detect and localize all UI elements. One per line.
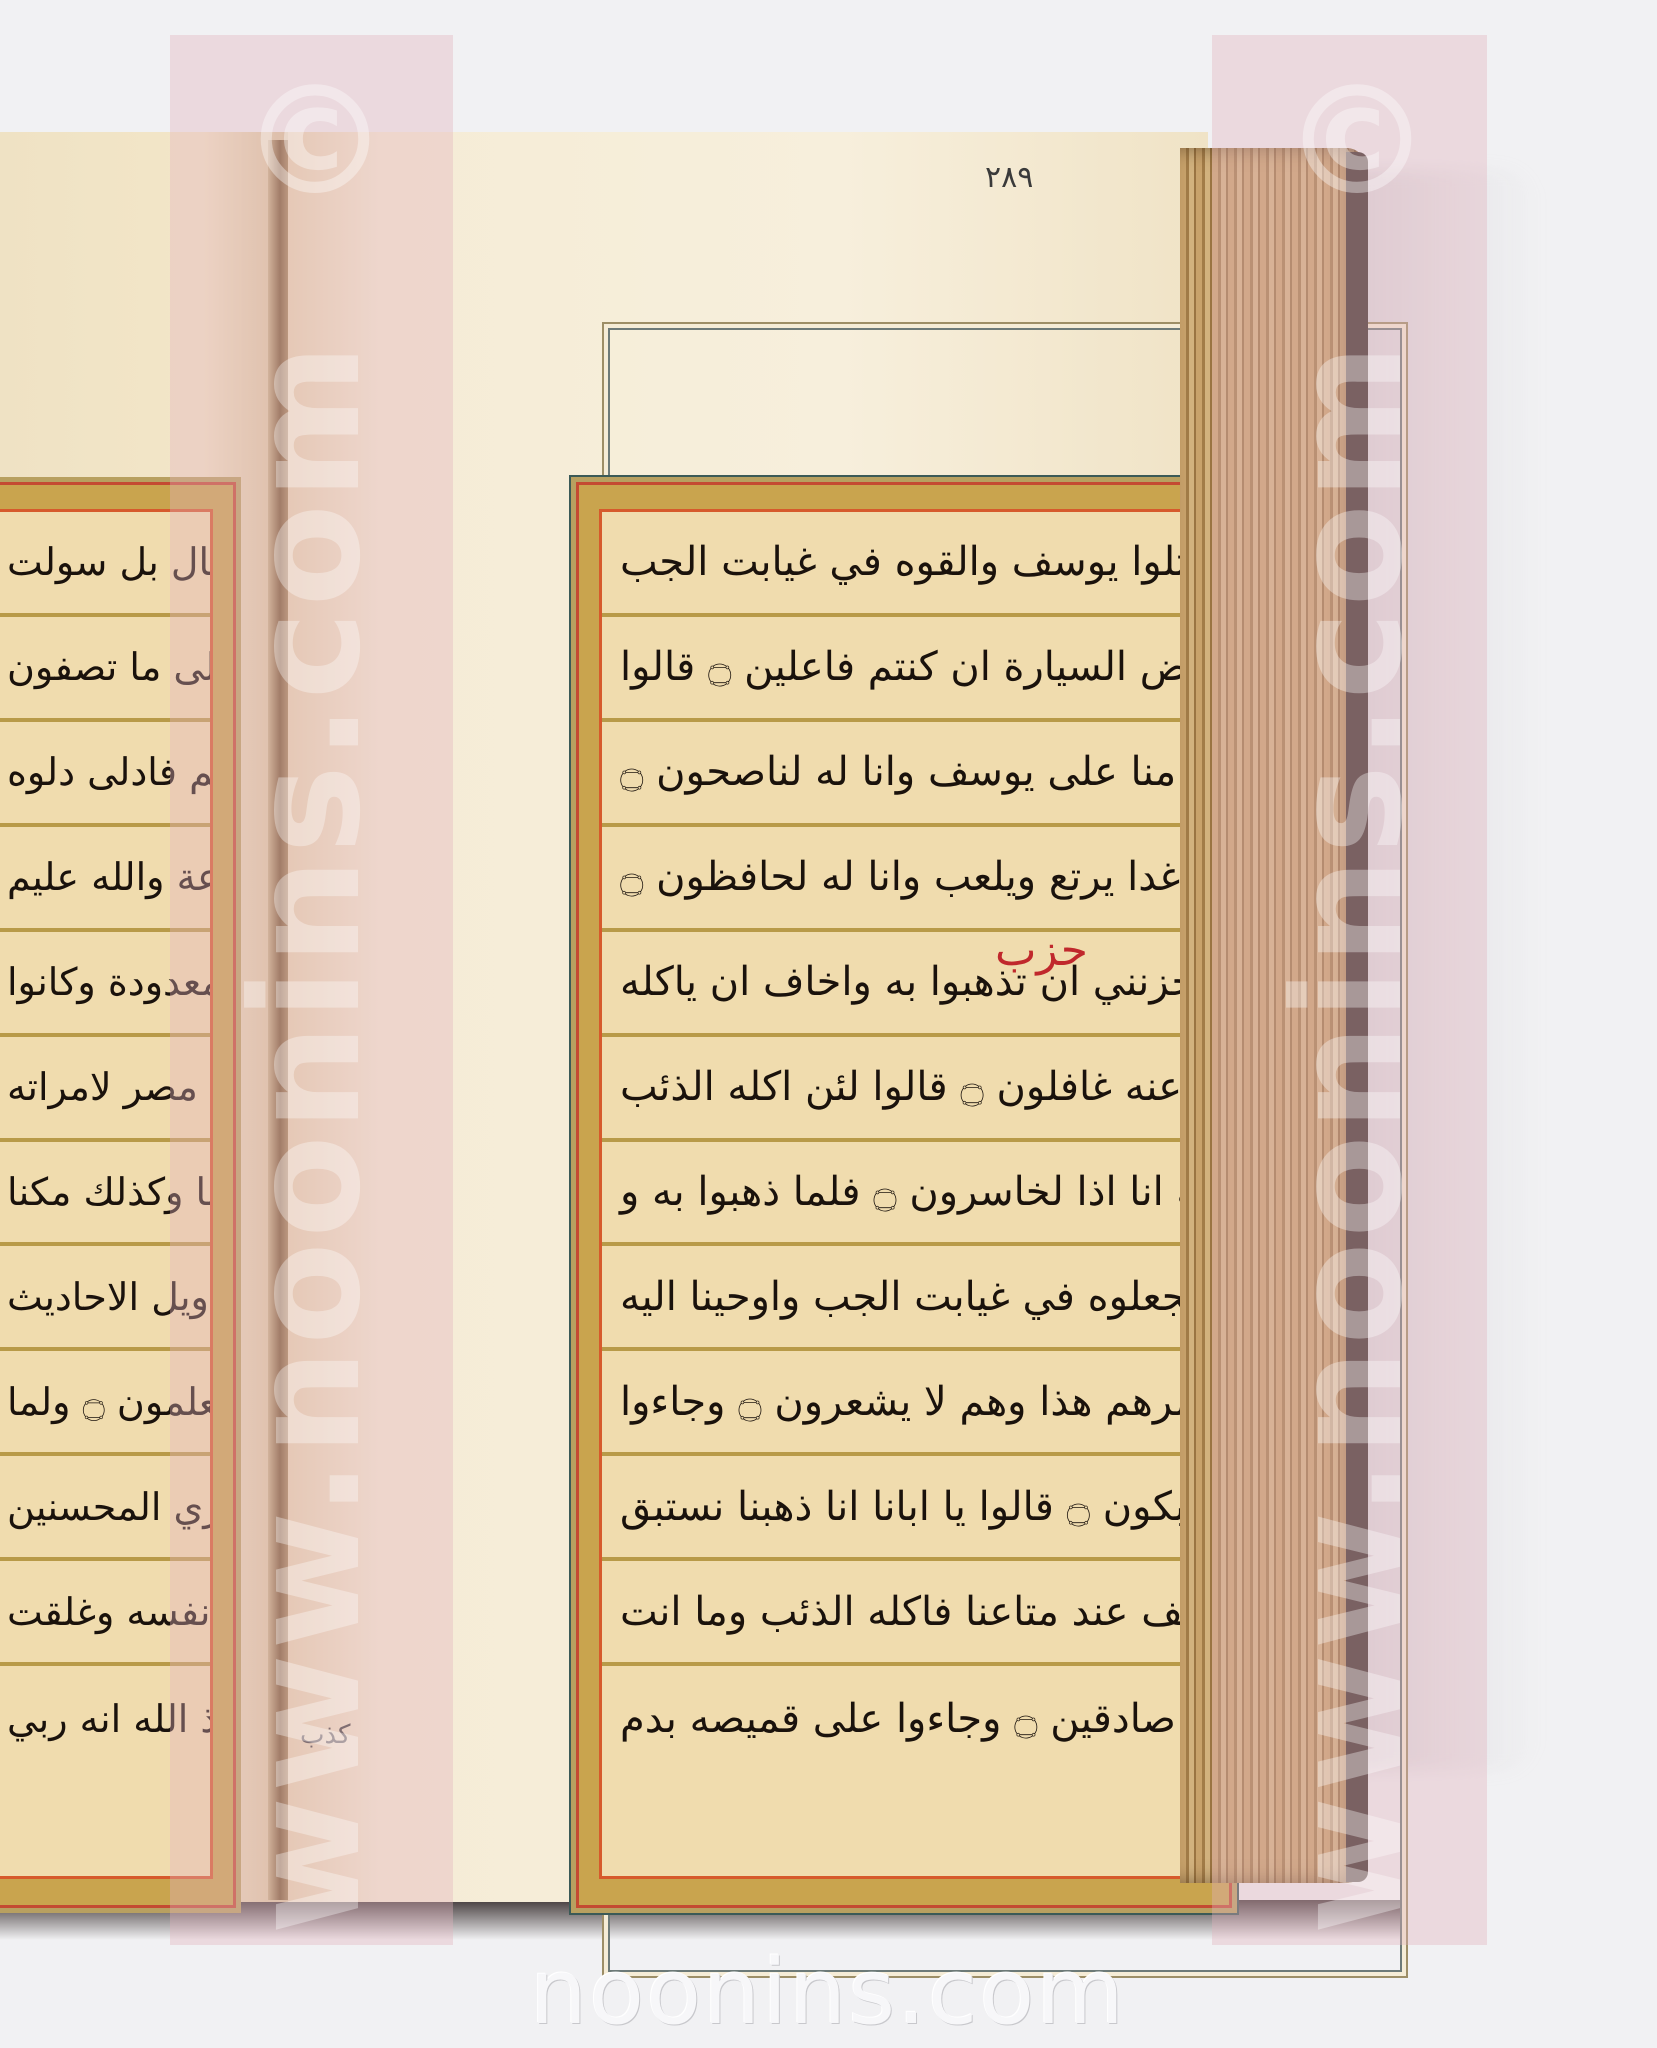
text-line: اباهم عشاء يبكون ۝ قالوا يا ابانا انا ذه… <box>602 1456 1206 1561</box>
text-line: لتنبئنهم بامرهم هذا وهم لا يشعرون ۝ وجاء… <box>602 1351 1206 1456</box>
copyright-icon: © <box>1282 55 1432 229</box>
watermark-bottom: noonins.com <box>530 1940 1126 2045</box>
text-line: ارسله معنا غدا يرتع ويلعب وانا له لحافظو… <box>602 827 1206 932</box>
copyright-icon: © <box>240 55 390 229</box>
text-line: قال اني ليحزنني ان تذهبوا به واخاف ان يا… <box>602 932 1206 1037</box>
hizb-margin-note: حزب <box>995 925 1088 976</box>
folio-number: ٢٨٩ <box>985 160 1033 195</box>
watermark-text: www.noonins.com <box>1262 245 1436 1935</box>
right-text-panel: قال قائل منهم لا تقتلوا يوسف والقوه في غ… <box>576 482 1232 1908</box>
text-line: ونحن عصبة انا اذا لخاسرون ۝ فلما ذهبوا ب… <box>602 1142 1206 1247</box>
text-line: اجمعوا ان يجعلوه في غيابت الجب واوحينا ا… <box>602 1246 1206 1351</box>
text-line: يلتقطه بعض السيارة ان كنتم فاعلين ۝ قالو… <box>602 617 1206 722</box>
right-text-block: قال قائل منهم لا تقتلوا يوسف والقوه في غ… <box>599 509 1209 1879</box>
watermark-text: www.noonins.com <box>220 245 394 1935</box>
watermark-strip-right: © www.noonins.com <box>1212 35 1487 1945</box>
text-line: قال قائل منهم لا تقتلوا يوسف والقوه في غ… <box>602 512 1206 617</box>
text-line: وتركنا يوسف عند متاعنا فاكله الذئب وما ا… <box>602 1561 1206 1666</box>
text-line: بمؤمن لنا ولو كنا صادقين ۝ وجاءوا على قم… <box>602 1666 1206 1771</box>
watermark-strip-left: © www.noonins.com <box>170 35 453 1945</box>
text-line: الذئب وانتم عنه غافلون ۝ قالوا لئن اكله … <box>602 1037 1206 1142</box>
text-line: يا ابانا ما لك لا تامنا على يوسف وانا له… <box>602 722 1206 827</box>
